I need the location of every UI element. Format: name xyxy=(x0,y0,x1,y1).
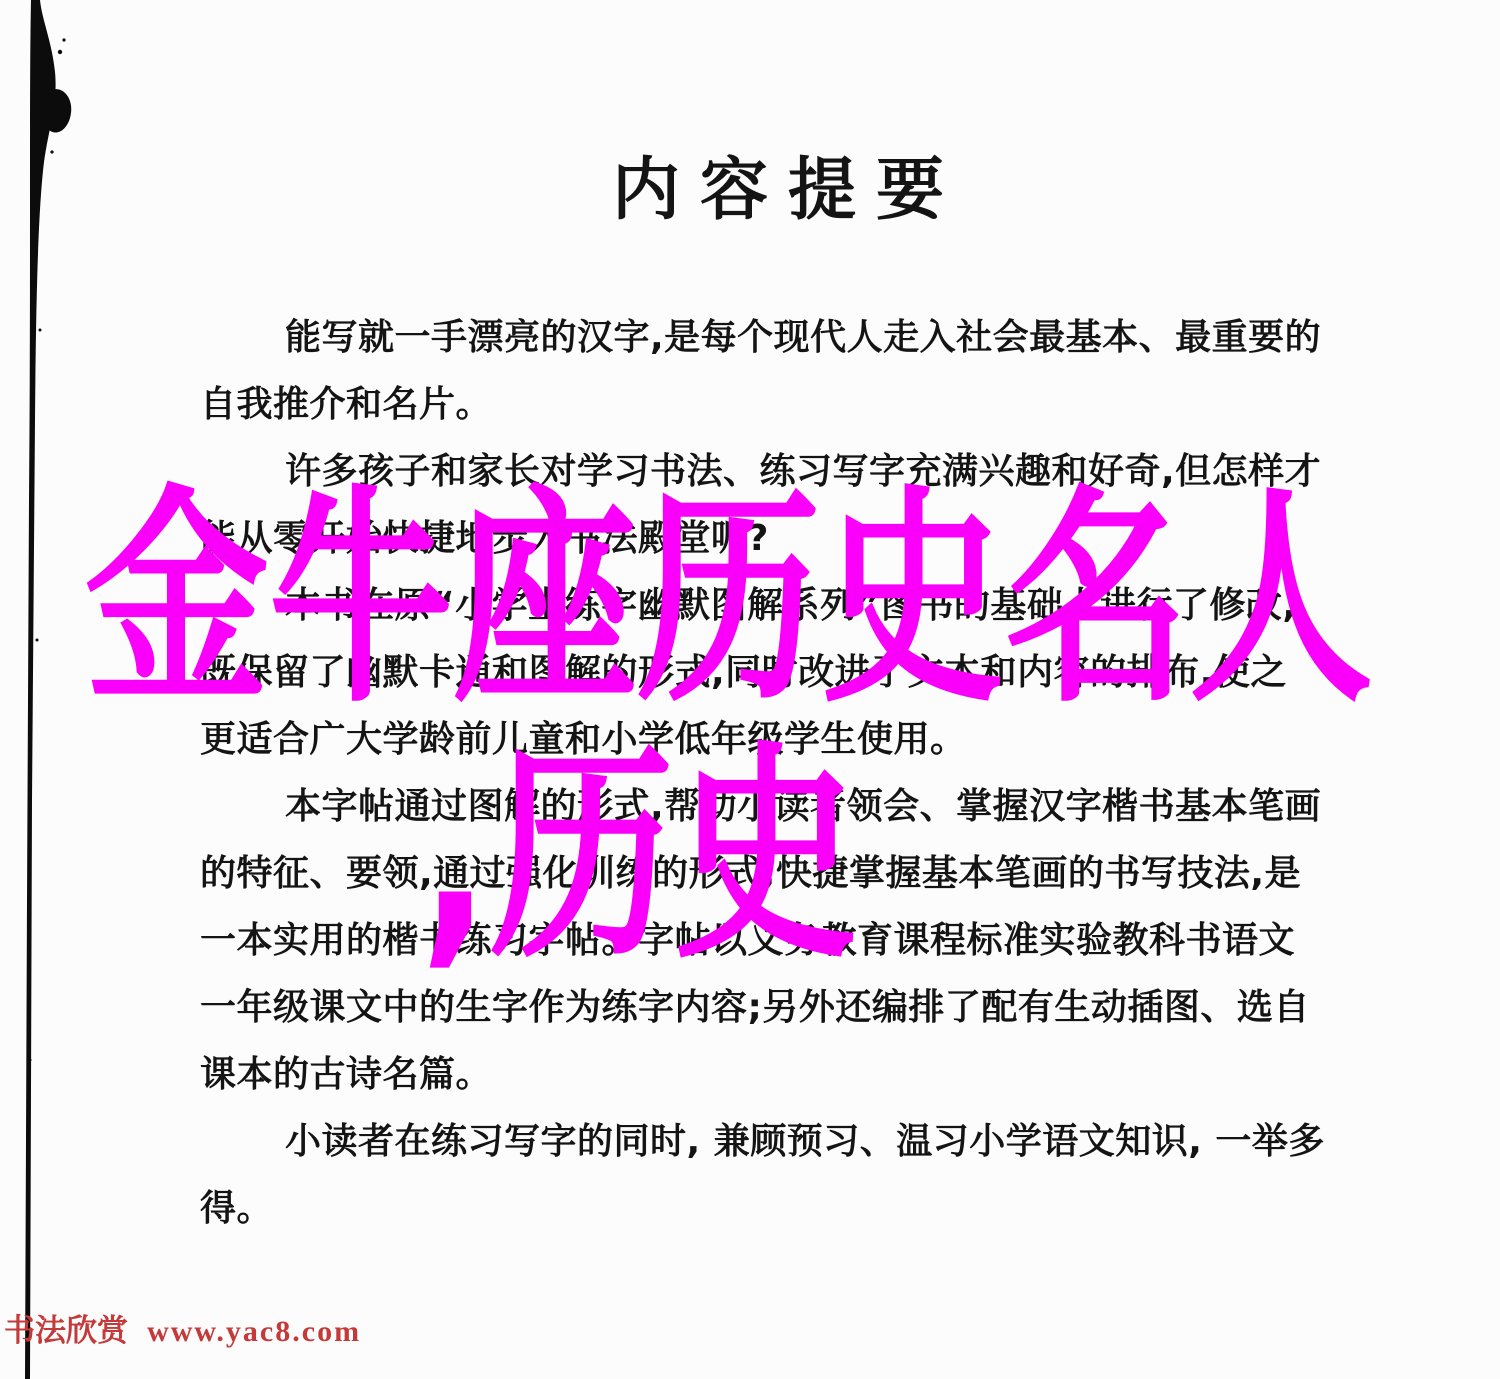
magenta-watermark-line-1: 金牛座历史名人 xyxy=(85,486,1373,716)
site-watermark: 书法欣赏 www.yac8.com xyxy=(4,1310,361,1357)
site-watermark-url: www.yac8.com xyxy=(147,1315,361,1348)
page-title: 内容提要 xyxy=(612,136,964,233)
text-line: 自我推介和名片。 xyxy=(200,371,1380,438)
magenta-watermark-line-2: ,历史 xyxy=(420,742,858,972)
text-line: 小读者在练习写字的同时, 兼顾预习、温习小学语文知识, 一举多 xyxy=(200,1108,1380,1175)
text-line: 得。 xyxy=(200,1175,1380,1242)
text-line: 能写就一手漂亮的汉字,是每个现代人走入社会最基本、最重要的 xyxy=(200,304,1380,371)
scanned-book-page: 内容提要 能写就一手漂亮的汉字,是每个现代人走入社会最基本、最重要的自我推介和名… xyxy=(0,0,1500,1379)
text-line: 课本的古诗名篇。 xyxy=(200,1041,1380,1108)
site-watermark-name: 书法欣赏 xyxy=(4,1313,128,1349)
